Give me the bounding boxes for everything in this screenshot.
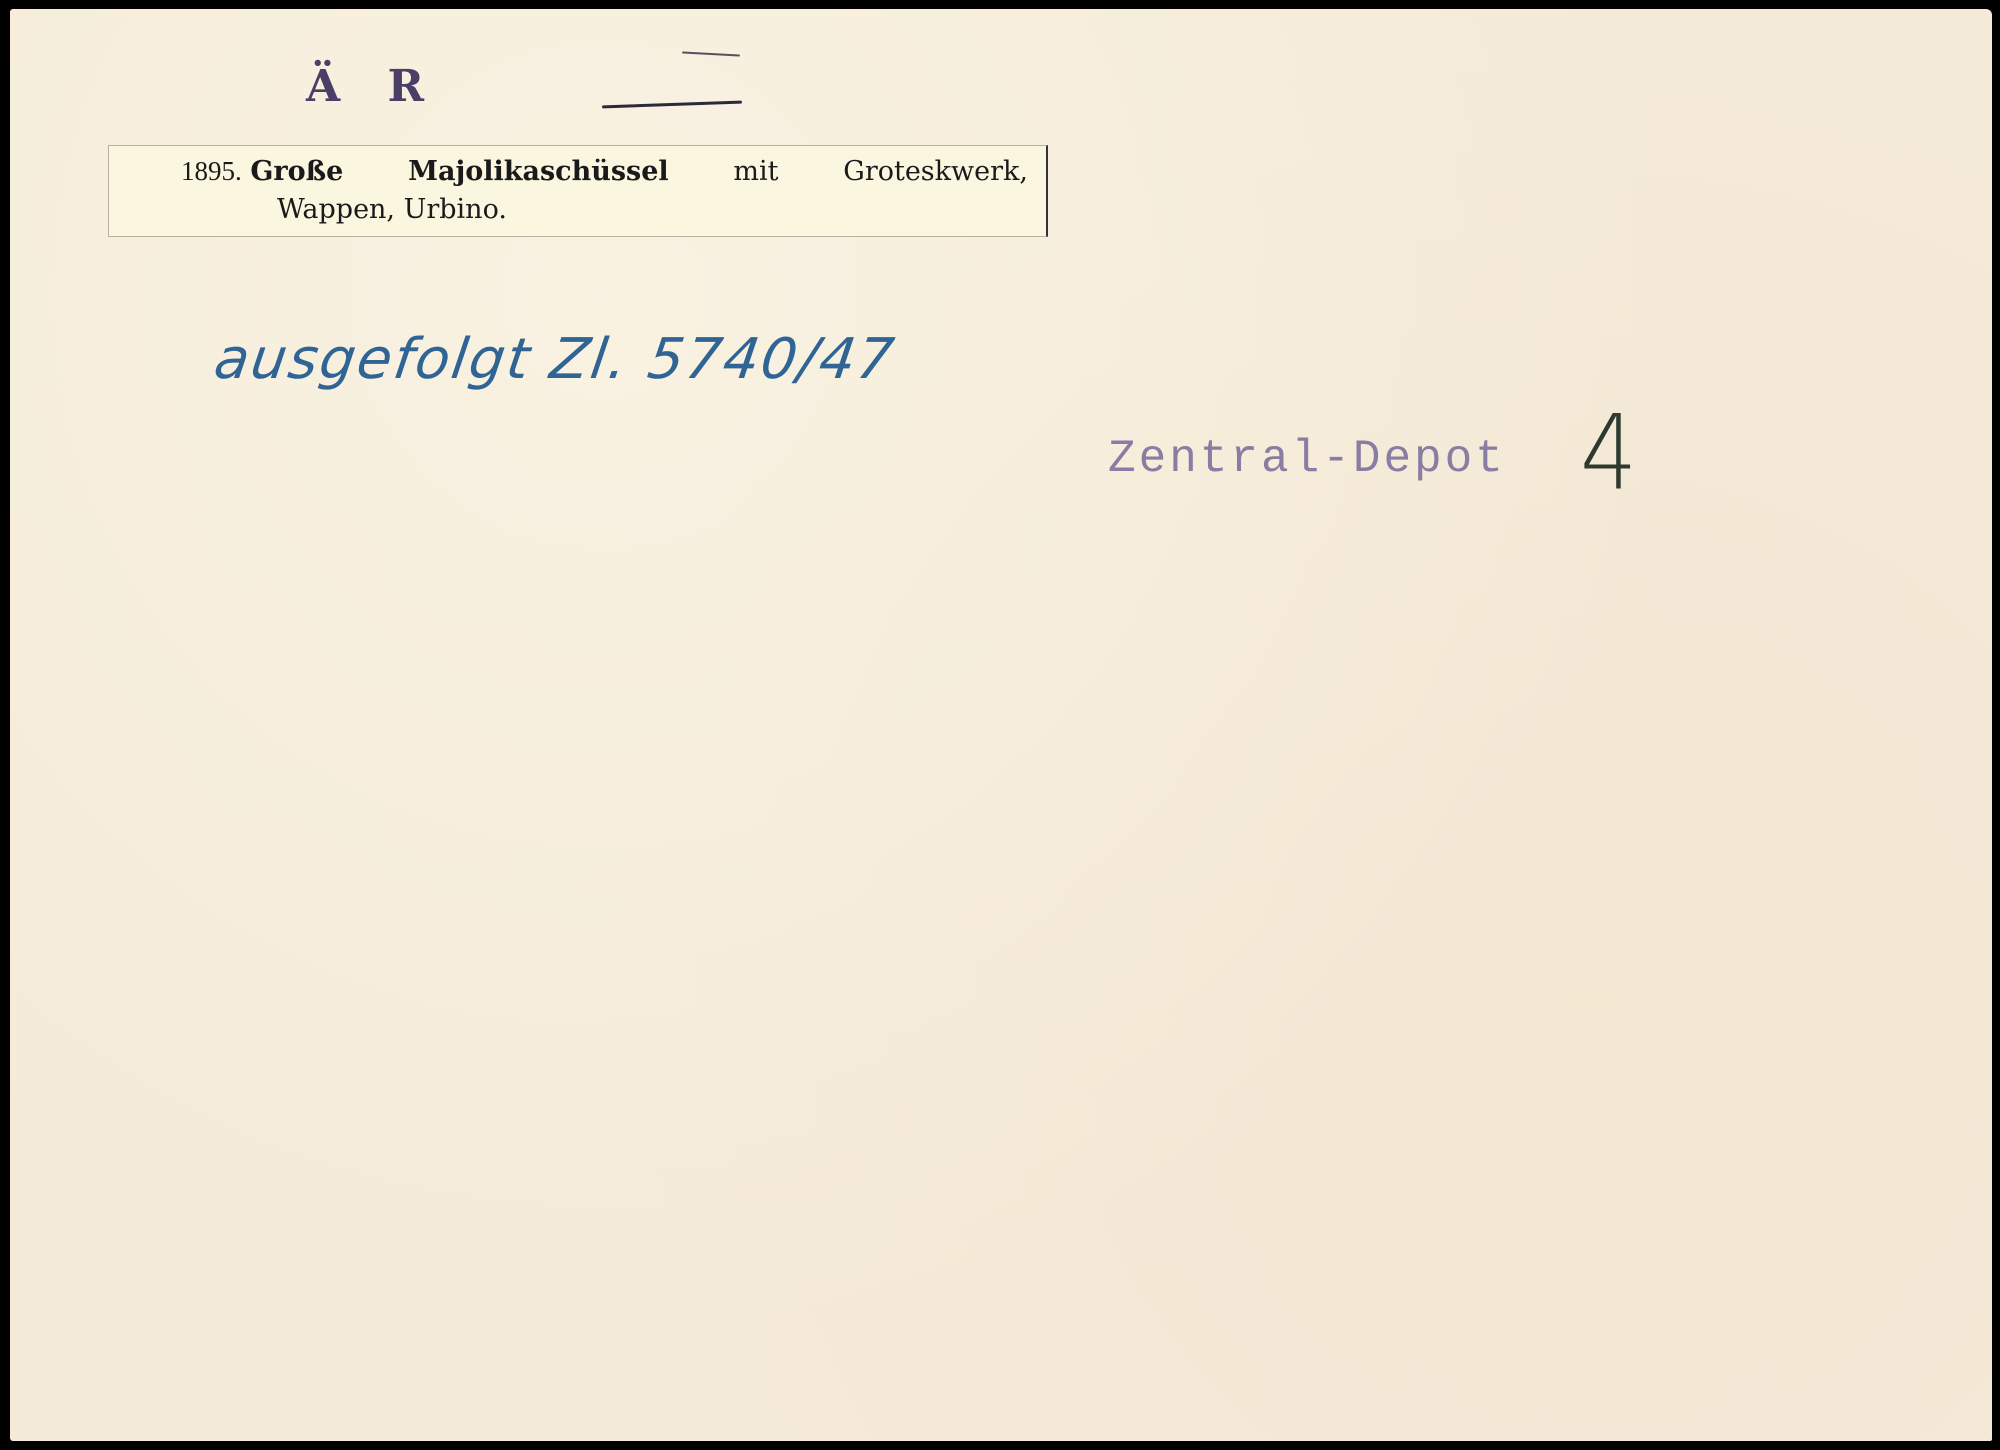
index-card: Ä R 1895. Große Majolikaschüssel mit Gro…: [10, 9, 1992, 1441]
clipping-word: Majolikaschüssel: [408, 156, 669, 187]
clipping-word: mit: [733, 156, 778, 187]
depot-number: 4: [1580, 393, 1637, 514]
pen-stroke-short: [682, 51, 740, 56]
depot-stamp: Zentral-Depot: [1108, 433, 1506, 485]
pen-stroke-long: [602, 101, 742, 109]
catalog-clipping: 1895. Große Majolikaschüssel mit Grotesk…: [108, 145, 1048, 237]
stamp-ar: Ä R: [306, 61, 440, 112]
clipping-word: Große: [250, 156, 343, 187]
catalog-number: 1895.: [181, 156, 242, 186]
clipping-line-1: 1895. Große Majolikaschüssel mit Grotesk…: [181, 156, 1028, 187]
handwritten-note: ausgefolgt Zl. 5740/47: [210, 327, 899, 392]
clipping-line-2: Wappen, Urbino.: [277, 194, 507, 225]
clipping-word: Groteskwerk,: [843, 156, 1028, 187]
